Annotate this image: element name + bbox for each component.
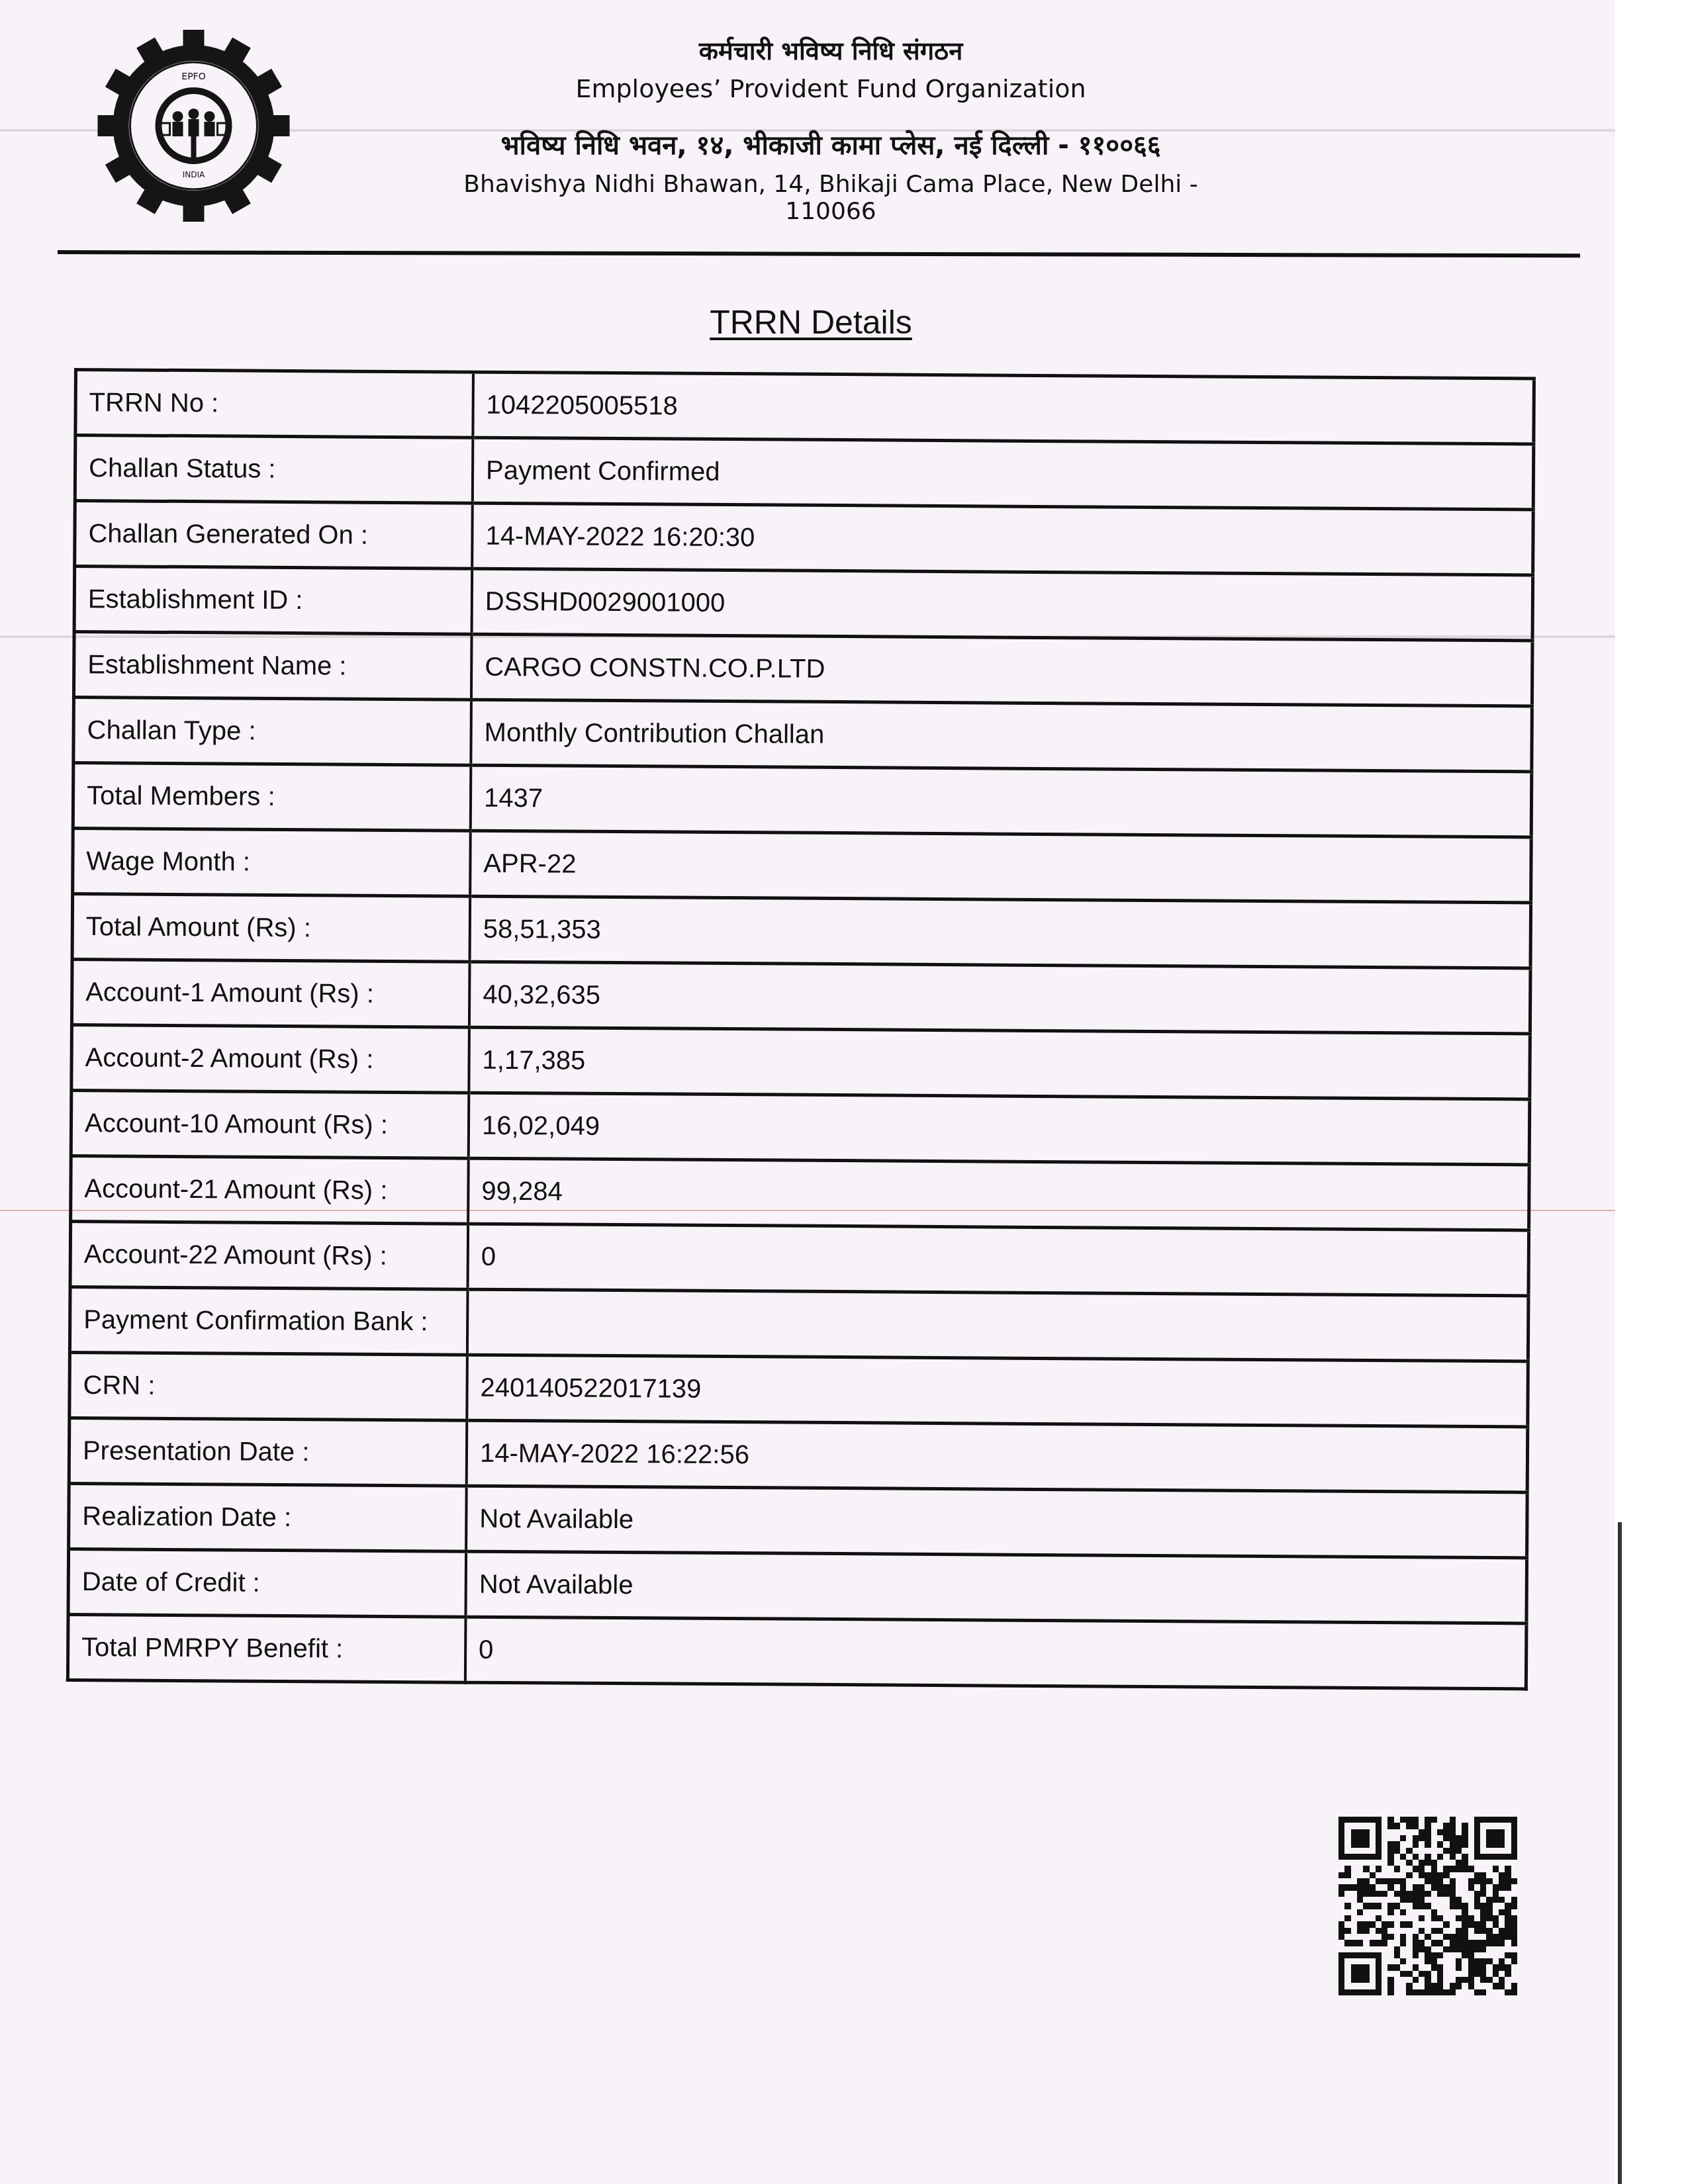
field-label: Realization Date : xyxy=(69,1483,467,1551)
org-name-hindi: कर्मचारी भविष्य निधि संगठन xyxy=(397,33,1264,68)
table-row: Challan Status :Payment Confirmed xyxy=(75,435,1534,510)
field-value: Not Available xyxy=(465,1551,1526,1623)
address-english: Bhavishya Nidhi Bhawan, 14, Bhikaji Cama… xyxy=(424,171,1238,225)
qr-code-icon xyxy=(1338,1817,1517,1995)
field-value: 1,17,385 xyxy=(469,1027,1530,1099)
field-value: 1042205005518 xyxy=(473,372,1534,444)
field-label: Account-1 Amount (Rs) : xyxy=(71,959,469,1027)
table-row: Total PMRPY Benefit :0 xyxy=(68,1614,1526,1688)
page-title: TRRN Details xyxy=(596,303,1026,341)
field-value: CARGO CONSTN.CO.P.LTD xyxy=(471,634,1532,706)
table-row: Account-2 Amount (Rs) :1,17,385 xyxy=(71,1024,1530,1099)
epfo-logo-icon: EPFO INDIA xyxy=(93,30,295,222)
field-value xyxy=(467,1289,1528,1361)
table-row: Account-10 Amount (Rs) :16,02,049 xyxy=(71,1090,1530,1164)
table-row: CRN :240140522017139 xyxy=(70,1352,1528,1426)
table-row: Establishment ID :DSSHD0029001000 xyxy=(74,567,1533,641)
field-label: Establishment Name : xyxy=(73,632,471,700)
table-row: Total Members :1437 xyxy=(73,763,1532,837)
field-value: 40,32,635 xyxy=(469,962,1530,1034)
trrn-details-table: TRRN No :1042205005518Challan Status :Pa… xyxy=(66,368,1536,1690)
field-label: Presentation Date : xyxy=(69,1418,467,1486)
field-label: Challan Generated On : xyxy=(75,501,473,569)
org-name-english: Employees’ Provident Fund Organization xyxy=(397,74,1264,103)
table-row: Total Amount (Rs) :58,51,353 xyxy=(72,894,1531,968)
field-label: Total PMRPY Benefit : xyxy=(68,1614,465,1682)
table-row: Payment Confirmation Bank : xyxy=(70,1287,1528,1361)
table-row: TRRN No :1042205005518 xyxy=(75,370,1534,444)
field-value: Payment Confirmed xyxy=(473,437,1534,510)
field-value: 0 xyxy=(468,1224,1529,1296)
field-label: Wage Month : xyxy=(73,829,471,897)
field-value: Monthly Contribution Challan xyxy=(471,700,1532,772)
table-row: Account-21 Amount (Rs) :99,284 xyxy=(71,1156,1530,1230)
table-row: Establishment Name :CARGO CONSTN.CO.P.LT… xyxy=(73,632,1532,706)
table-row: Challan Type :Monthly Contribution Chall… xyxy=(73,698,1532,772)
scan-margin xyxy=(1615,0,1688,2184)
field-label: Payment Confirmation Bank : xyxy=(70,1287,467,1355)
field-label: Account-2 Amount (Rs) : xyxy=(71,1024,469,1093)
table-row: Date of Credit :Not Available xyxy=(68,1549,1527,1623)
field-label: Account-22 Amount (Rs) : xyxy=(70,1221,468,1289)
scan-edge-shadow xyxy=(1618,1522,1622,2184)
field-value: 16,02,049 xyxy=(469,1093,1530,1165)
table-row: Presentation Date :14-MAY-2022 16:22:56 xyxy=(69,1418,1528,1492)
table-row: Account-22 Amount (Rs) :0 xyxy=(70,1221,1529,1295)
field-value: APR-22 xyxy=(470,831,1531,903)
table-row: Realization Date :Not Available xyxy=(69,1483,1528,1557)
field-label: Account-10 Amount (Rs) : xyxy=(71,1090,469,1158)
address-hindi: भविष्य निधि भवन, १४, भीकाजी कामा प्लेस, … xyxy=(424,126,1238,162)
field-value: Not Available xyxy=(466,1486,1527,1558)
field-label: Total Members : xyxy=(73,763,471,831)
field-value: 99,284 xyxy=(468,1158,1529,1230)
table-row: Account-1 Amount (Rs) :40,32,635 xyxy=(71,959,1530,1033)
field-label: Challan Status : xyxy=(75,435,473,504)
header-divider xyxy=(58,250,1580,257)
field-value: 1437 xyxy=(471,765,1532,837)
field-label: Account-21 Amount (Rs) : xyxy=(71,1156,469,1224)
field-value: 240140522017139 xyxy=(467,1355,1528,1427)
table-row: Challan Generated On :14-MAY-2022 16:20:… xyxy=(75,501,1534,575)
field-value: 58,51,353 xyxy=(470,896,1531,968)
field-value: 14-MAY-2022 16:22:56 xyxy=(467,1420,1528,1492)
field-label: Date of Credit : xyxy=(68,1549,466,1617)
field-label: Establishment ID : xyxy=(74,567,472,635)
field-value: 0 xyxy=(465,1617,1526,1689)
table-row: Wage Month :APR-22 xyxy=(73,829,1532,903)
field-value: DSSHD0029001000 xyxy=(472,569,1533,641)
field-label: Total Amount (Rs) : xyxy=(72,894,470,962)
field-value: 14-MAY-2022 16:20:30 xyxy=(472,503,1533,575)
svg-text:INDIA: INDIA xyxy=(183,170,205,179)
svg-text:EPFO: EPFO xyxy=(181,71,205,82)
field-label: Challan Type : xyxy=(73,698,471,766)
field-label: CRN : xyxy=(70,1352,467,1420)
field-label: TRRN No : xyxy=(75,370,473,438)
